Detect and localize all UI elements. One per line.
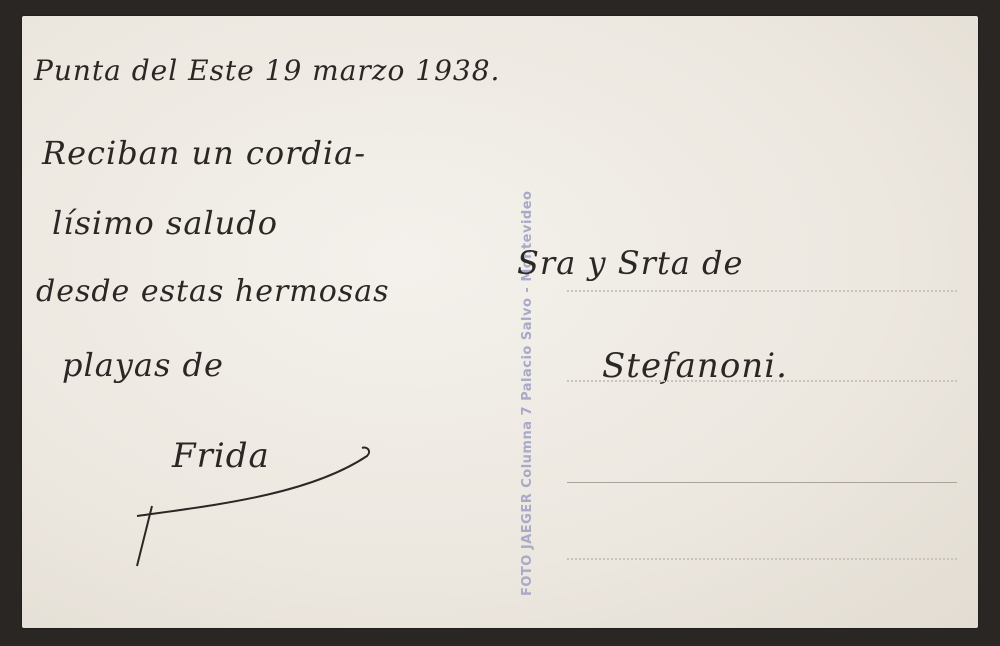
message-line: desde estas hermosas [36,274,389,309]
address-line-guide [567,558,957,560]
postcard-back: Punta del Este 19 marzo 1938. Reciban un… [22,16,978,628]
address-line: Sra y Srta de [517,244,743,282]
message-line: playas de [62,346,224,384]
address-line-guide [567,380,957,382]
date-heading: Punta del Este 19 marzo 1938. [34,54,500,87]
message-line: Reciban un cordia- [42,134,366,172]
signature-flourish [127,436,377,576]
address-line-guide [567,290,957,292]
address-line-guide [567,482,957,483]
message-line: lísimo saludo [52,204,278,242]
